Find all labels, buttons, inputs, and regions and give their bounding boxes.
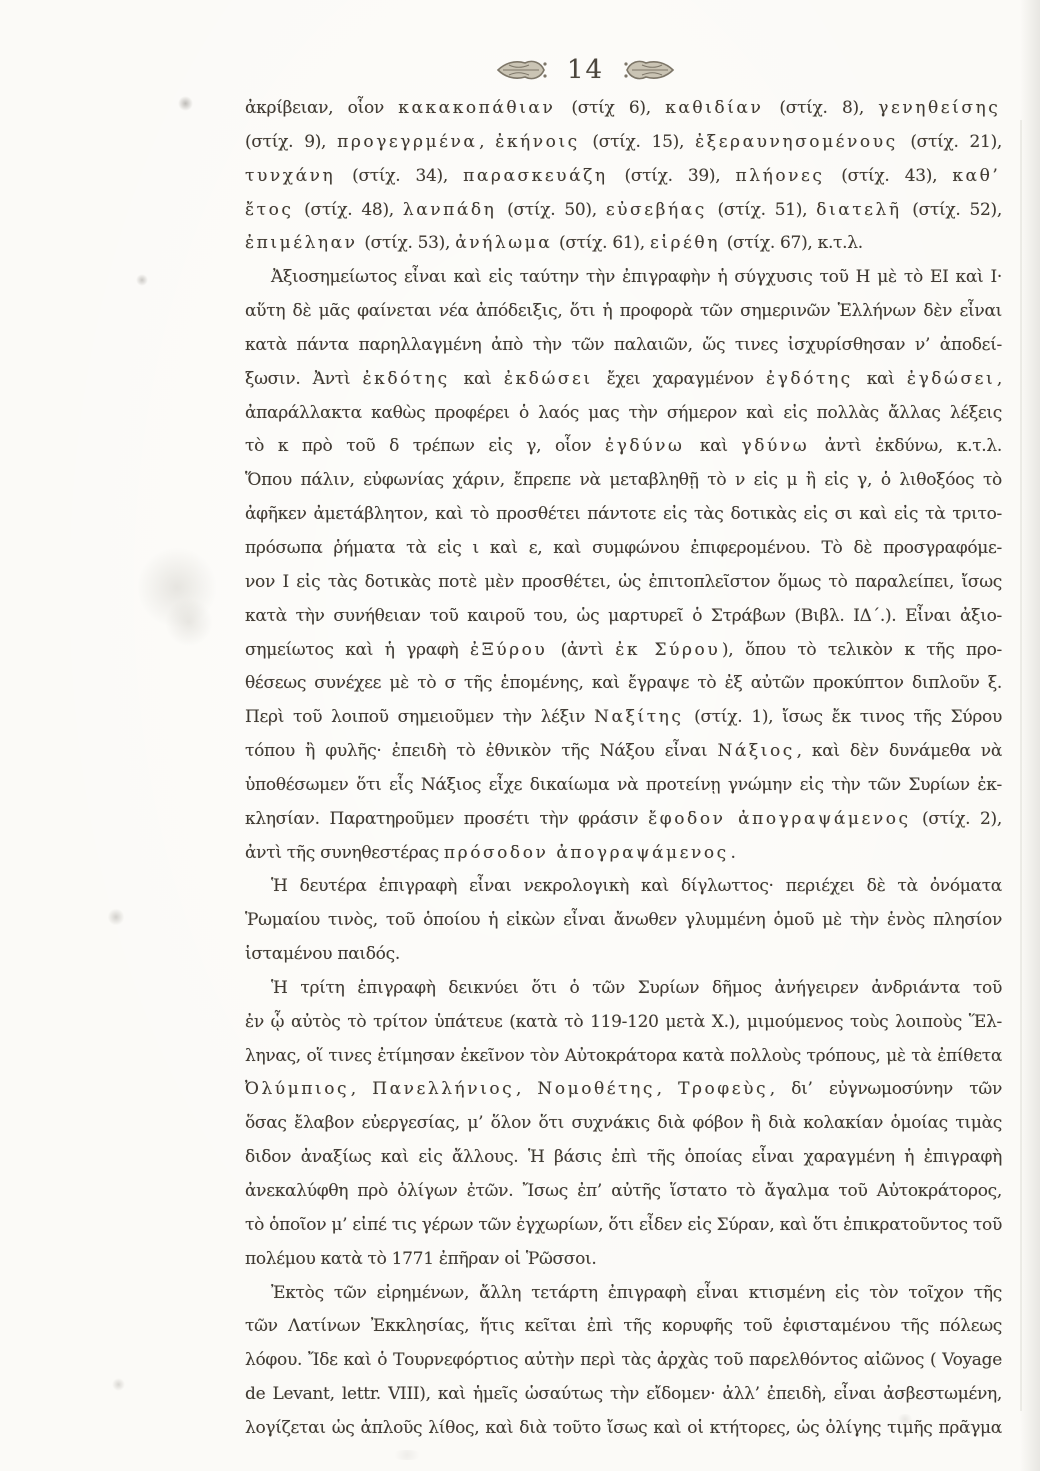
scan-smudge bbox=[178, 96, 193, 111]
emphasized-word: παρασκευάζη bbox=[463, 166, 609, 186]
emphasized-word: γδύνω bbox=[742, 436, 811, 456]
text-line: ἐπιμέληαν (στίχ. 53), ἀνήλωμα (στίχ. 61)… bbox=[245, 227, 1002, 261]
paragraph: Ἐκτὸς τῶν εἰρημένων, ἄλλη τετάρτη ἐπιγρα… bbox=[245, 1277, 1002, 1446]
text-line: ἀφῆκεν ἀμετάβλητον, καὶ τὸ προσθέτει πάν… bbox=[245, 498, 1002, 532]
text-line: Ἐκτὸς τῶν εἰρημένων, ἄλλη τετάρτη ἐπιγρα… bbox=[245, 1277, 1002, 1311]
text-line: ἀκρίβειαν, οἷον κακακοπάθιαν (στίχ 6), κ… bbox=[245, 92, 1002, 126]
text-line: de Levant, lettr. VIII), καὶ ἡμεῖς ὡσαύτ… bbox=[245, 1378, 1002, 1412]
text-line: ἀπαράλλακτα καθὼς προφέρει ὁ λαός μας τὴ… bbox=[245, 397, 1002, 431]
text-line: τόπου ἢ φυλῆς· ἐπειδὴ τὸ ἐθνικὸν τῆς Νάξ… bbox=[245, 735, 1002, 769]
emphasized-word: ἐπιμέληαν bbox=[245, 233, 359, 253]
emphasized-word: Νάξιος bbox=[717, 741, 796, 761]
emphasized-word: ἐξεραυνησομένους bbox=[695, 132, 899, 152]
text-line: διδον ἀναξίως καὶ εἰς ἄλλους. Ἡ βάσις ἐπ… bbox=[245, 1141, 1002, 1175]
emphasized-word: πλήονες bbox=[736, 166, 827, 186]
emphasized-word: κακακοπάθιαν bbox=[398, 98, 557, 118]
emphasized-word: Νομοθέτης bbox=[537, 1079, 656, 1099]
text-line: τὸ κ πρὸ τοῦ δ τρέπων εἰς γ, οἷον ἐγδύνω… bbox=[245, 430, 1002, 464]
scanned-book-page: 14 ἀκρίβειαν, οἷον κακακοπάθιαν (στίχ 6)… bbox=[0, 0, 1040, 1471]
text-line: ὑποθέσωμεν ὅτι εἷς Νάξιος εἶχε δικαίωμα … bbox=[245, 769, 1002, 803]
scan-smudge bbox=[136, 274, 148, 286]
emphasized-word: ἔφοδον ἀπογραψάμενος bbox=[648, 809, 912, 829]
text-line: Περὶ τοῦ λοιποῦ σημειοῦμεν τὴν λέξιν Ναξ… bbox=[245, 701, 1002, 735]
paragraph: Ἡ τρίτη ἐπιγραφὴ δεικνύει ὅτι ὁ τῶν Συρί… bbox=[245, 972, 1002, 1277]
page-number: 14 bbox=[567, 55, 604, 85]
emphasized-word: καθιδίαν bbox=[665, 98, 765, 118]
scan-smudge bbox=[165, 595, 213, 650]
emphasized-word: ἐκ Σύρου bbox=[615, 640, 722, 660]
emphasized-word: ἐγδότης bbox=[766, 369, 854, 389]
emphasized-word: ἐγδώσει bbox=[907, 369, 997, 389]
text-line: πρόσωπα ῥήματα τὰ εἰς ι καὶ ε, καὶ συμφώ… bbox=[245, 532, 1002, 566]
text-line: (στίχ. 9), προγεγρμένα, ἐκήνοις (στίχ. 1… bbox=[245, 126, 1002, 160]
text-line: λογίζεται ὡς ἁπλοῦς λίθος, καὶ διὰ τοῦτο… bbox=[245, 1412, 1002, 1446]
emphasized-word: καθ’ bbox=[952, 166, 1002, 186]
emphasized-word: εἱρέθη bbox=[650, 233, 722, 253]
scan-smudge bbox=[138, 540, 216, 635]
text-line: τυνχάνη (στίχ. 34), παρασκευάζη (στίχ. 3… bbox=[245, 160, 1002, 194]
text-line: λόφου. Ἴδε καὶ ὁ Τουρνεφόρτιος αὐτὴν περ… bbox=[245, 1344, 1002, 1378]
scan-smudge bbox=[390, 1450, 424, 1460]
text-line: ἀντὶ τῆς συνηθεστέρας πρόσοδον ἀπογραψάμ… bbox=[245, 837, 1002, 871]
text-line: ληνας, οἵ τινες ἐτίμησαν ἐκεῖνον τὸν Αὐτ… bbox=[245, 1040, 1002, 1074]
text-line: νον Ι εἰς τὰς δοτικὰς ποτὲ μὲν προσθέτει… bbox=[245, 566, 1002, 600]
text-line: κατὰ πάντα παρηλλαγμένη ἀπὸ τὴν τῶν παλα… bbox=[245, 329, 1002, 363]
emphasized-word: εὐσεβήας bbox=[606, 200, 709, 220]
page-edge-shadow bbox=[1020, 0, 1040, 1471]
text-line: ἐν ᾧ αὐτὸς τὸ τρίτον ὑπάτευε (κατὰ τὸ 11… bbox=[245, 1006, 1002, 1040]
emphasized-word: ἐκήνοις bbox=[495, 132, 581, 152]
emphasized-word: Τροφεὺς bbox=[678, 1079, 770, 1099]
paragraph: Ἀξιοσημείωτος εἶναι καὶ εἰς ταύτην τὴν ἐ… bbox=[245, 261, 1002, 870]
scan-smudge bbox=[112, 1378, 125, 1391]
emphasized-word: πρόσοδον ἀπογραψάμενος bbox=[444, 843, 731, 863]
emphasized-word: τυνχάνη bbox=[245, 166, 337, 186]
paragraph: ἀκρίβειαν, οἷον κακακοπάθιαν (στίχ 6), κ… bbox=[245, 92, 1002, 261]
text-line: κατὰ τὴν συνήθειαν τοῦ καιροῦ του, ὡς μα… bbox=[245, 600, 1002, 634]
text-line: Ῥωμαίου τινὸς, τοῦ ὁποίου ἡ εἰκὼν εἶναι … bbox=[245, 904, 1002, 938]
emphasized-word: ἐκδότης bbox=[363, 369, 452, 389]
emphasized-word: ἔτος bbox=[245, 200, 295, 220]
emphasized-word: προγεγρμένα bbox=[337, 132, 479, 152]
text-line: Ἡ τρίτη ἐπιγραφὴ δεικνύει ὅτι ὁ τῶν Συρί… bbox=[245, 972, 1002, 1006]
text-line: τῶν Λατίνων Ἐκκλησίας, ἥτις κεῖται ἐπὶ τ… bbox=[245, 1310, 1002, 1344]
text-line: αὕτη δὲ μᾶς φαίνεται νέα ἀπόδειξις, ὅτι … bbox=[245, 295, 1002, 329]
text-line: θέσεως συνέχεε μὲ τὸ σ τῆς ἑπομένης, καὶ… bbox=[245, 667, 1002, 701]
emphasized-word: γενηθείσης bbox=[878, 98, 1002, 118]
text-line: πολέμου κατὰ τὸ 1771 ἐπῆραν οἱ Ῥῶσσοι. bbox=[245, 1243, 1002, 1277]
text-line: Ἡ δευτέρα ἐπιγραφὴ εἶναι νεκρολογικὴ καὶ… bbox=[245, 870, 1002, 904]
emphasized-word: διατελῆ bbox=[816, 200, 903, 220]
text-block: ἀκρίβειαν, οἷον κακακοπάθιαν (στίχ 6), κ… bbox=[245, 92, 1002, 1446]
emphasized-word: Ναξίτης bbox=[594, 707, 685, 727]
text-line: ἀνεκαλύφθη πρὸ ὀλίγων ἐτῶν. Ἴσως ἐπ’ αὐτ… bbox=[245, 1175, 1002, 1209]
text-line: ξωσιν. Ἀντὶ ἐκδότης καὶ ἐκδώσει ἔχει χαρ… bbox=[245, 363, 1002, 397]
paragraph: Ἡ δευτέρα ἐπιγραφὴ εἶναι νεκρολογικὴ καὶ… bbox=[245, 870, 1002, 972]
text-line: ἱσταμένου παιδός. bbox=[245, 938, 1002, 972]
emphasized-word: ἐκδώσει bbox=[504, 369, 594, 389]
emphasized-word: Πανελλήνιος bbox=[372, 1079, 516, 1099]
text-line: κλησίαν. Παρατηροῦμεν προσέτι τὴν φράσιν… bbox=[245, 803, 1002, 837]
emphasized-word: λανπάδη bbox=[403, 200, 498, 220]
text-line: Ὀλύμπιος, Πανελλήνιος, Νομοθέτης, Τροφεὺ… bbox=[245, 1073, 1002, 1107]
fleuron-right-icon bbox=[624, 57, 676, 83]
text-line: Ἀξιοσημείωτος εἶναι καὶ εἰς ταύτην τὴν ἐ… bbox=[245, 261, 1002, 295]
emphasized-word: ἀνήλωμα bbox=[455, 233, 554, 253]
text-line: ἔτος (στίχ. 48), λανπάδη (στίχ. 50), εὐσ… bbox=[245, 194, 1002, 228]
emphasized-word: Ὀλύμπιος bbox=[245, 1079, 351, 1099]
text-line: τὸ ὁποῖον μ’ εἰπέ τις γέρων τῶν ἐγχωρίων… bbox=[245, 1209, 1002, 1243]
text-line: ὅσας ἔλαβον εὐεργεσίας, μ’ ὅλον ὅτι συχν… bbox=[245, 1107, 1002, 1141]
text-line: σημείωτος καὶ ἡ γραφὴ ἐΞύρου (ἀντὶ ἐκ Σύ… bbox=[245, 634, 1002, 668]
fleuron-left-icon bbox=[495, 57, 547, 83]
emphasized-word: ἐΞύρου bbox=[470, 640, 549, 660]
running-head: 14 bbox=[207, 50, 964, 90]
emphasized-word: ἐγδύνω bbox=[605, 436, 686, 456]
text-line: Ὅπου πάλιν, εὐφωνίας χάριν, ἔπρεπε νὰ με… bbox=[245, 464, 1002, 498]
scan-smudge bbox=[108, 908, 124, 926]
